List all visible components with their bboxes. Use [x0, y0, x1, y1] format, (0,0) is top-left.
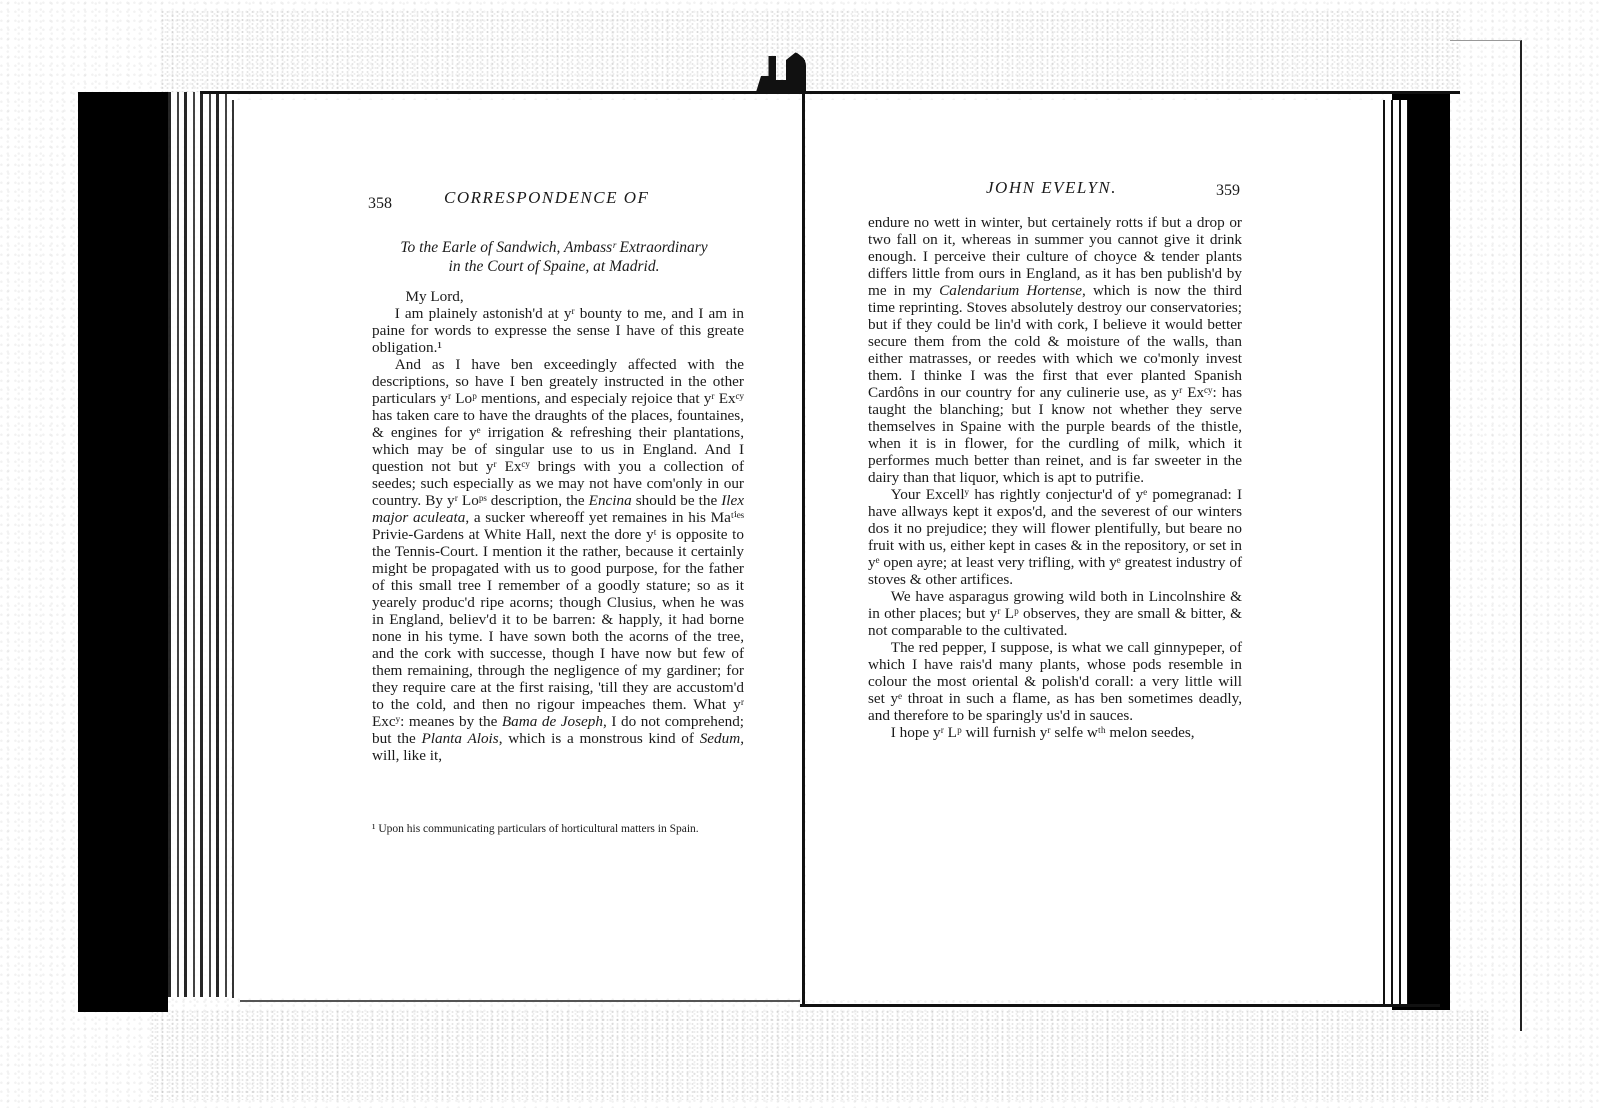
right-page-edges — [1380, 100, 1408, 1005]
book-top-edge — [200, 91, 1460, 94]
page-number-left: 358 — [368, 195, 392, 213]
book-spine-gutter — [802, 60, 805, 1005]
table-surface-bottom — [150, 1010, 1490, 1100]
running-head-right: JOHN EVELYN. — [986, 178, 1117, 198]
front-cover-edge — [78, 92, 168, 1012]
paragraph: endure no wett in winter, but certainely… — [868, 214, 1242, 486]
right-page: JOHN EVELYN. 359 endure no wett in winte… — [806, 100, 1380, 1000]
left-page-edges — [168, 92, 230, 997]
left-body-text: My Lord, I am plainely astonish'd at yʳ … — [372, 288, 744, 764]
paragraph: I am plainely astonish'd at yʳ bounty to… — [372, 305, 744, 356]
address-line-1: To the Earle of Sandwich, Ambassʳ Extrao… — [364, 238, 744, 257]
paragraph: And as I have ben exceedingly affected w… — [372, 356, 744, 764]
paragraph: The red pepper, I suppose, is what we ca… — [868, 639, 1242, 724]
running-head-left: CORRESPONDENCE OF — [444, 188, 649, 208]
salutation: My Lord, — [372, 288, 744, 305]
paragraph: I hope yʳ Lᵖ will furnish yʳ selfe wᵗʰ m… — [868, 724, 1242, 741]
paragraph: Your Excellʸ has rightly conjectur'd of … — [868, 486, 1242, 588]
right-body-text: endure no wett in winter, but certainely… — [868, 214, 1242, 741]
back-cover-board — [1450, 40, 1522, 1031]
page-number-right: 359 — [1216, 182, 1240, 200]
book-bottom-edge-left — [240, 1000, 800, 1002]
paragraph: We have asparagus growing wild both in L… — [868, 588, 1242, 639]
letter-address: To the Earle of Sandwich, Ambassʳ Extrao… — [364, 238, 744, 276]
table-surface-top — [160, 10, 1460, 95]
book-bottom-edge-right — [800, 1004, 1440, 1007]
footnote: ¹ Upon his communicating particulars of … — [372, 822, 744, 836]
address-line-2: in the Court of Spaine, at Madrid. — [364, 257, 744, 276]
left-page: 358 CORRESPONDENCE OF To the Earle of Sa… — [232, 100, 802, 998]
